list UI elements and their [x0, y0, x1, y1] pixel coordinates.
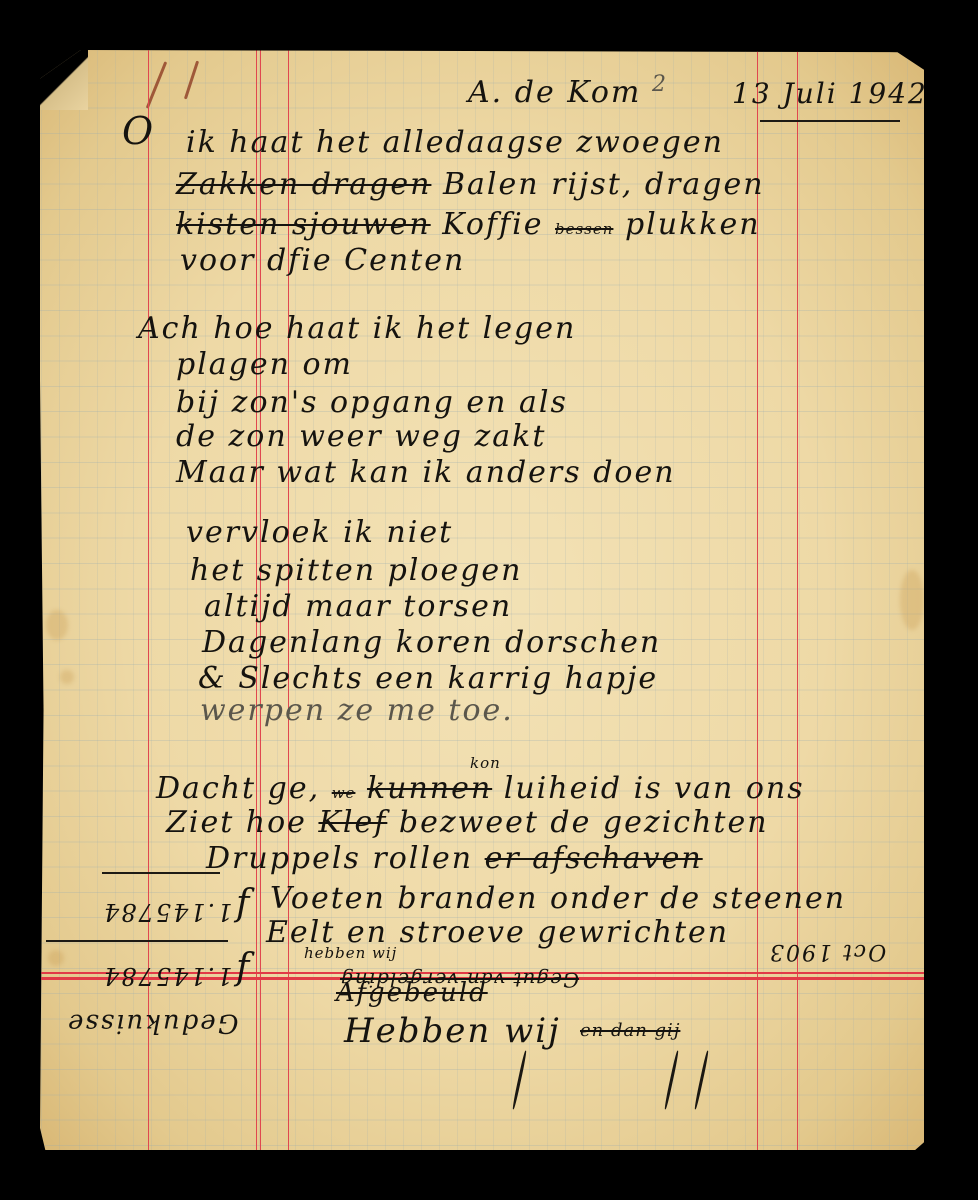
- brace-mark: f: [236, 886, 251, 922]
- struck-text: kunnen: [367, 771, 492, 806]
- page-number: 2: [652, 74, 668, 96]
- manuscript-page: A. de Kom 2 13 Juli 1942 O ik haat het a…: [40, 50, 924, 1150]
- verse-line: Dacht ge,: [156, 771, 320, 806]
- verse-line: & Slechts een karrig hapje: [198, 664, 658, 694]
- verse-line: werpen ze me toe.: [200, 696, 514, 726]
- verse-line: het spitten ploegen: [190, 556, 522, 586]
- struck-text: en dan gij: [580, 1022, 680, 1040]
- verse-line: ik haat het alledaagse zwoegen: [186, 128, 724, 158]
- struck-text: kisten sjouwen: [176, 207, 431, 242]
- inserted-text: hebben wij: [304, 946, 397, 961]
- verse-line: Druppels rollen: [206, 841, 473, 876]
- paper-stain: [900, 570, 924, 630]
- verse-line: altijd maar torsen: [204, 592, 512, 622]
- verse-line: Dagenlang koren dorschen: [202, 628, 661, 658]
- verse-line: Maar wat kan ik anders doen: [176, 458, 676, 488]
- verse-line: Ziet hoe: [166, 805, 307, 840]
- struck-text: Afgebeuld: [336, 980, 488, 1006]
- struck-text: Klef: [318, 805, 387, 840]
- inverted-note: Gedukuisse: [66, 1010, 238, 1036]
- brace-mark: f: [236, 950, 251, 986]
- date-underline: [760, 120, 900, 122]
- paper-stain: [48, 950, 64, 966]
- verse-line: Ach hoe haat ik het legen: [138, 314, 576, 344]
- struck-text: Zakken dragen: [176, 167, 431, 202]
- verse-line: Koffie: [442, 207, 543, 242]
- red-margin-rule: [797, 50, 798, 1150]
- date: 13 Juli 1942: [732, 80, 924, 108]
- verse-line: luiheid is van ons: [504, 771, 805, 806]
- struck-text: we: [332, 784, 356, 802]
- ledger-number: 1.145784: [102, 900, 233, 924]
- verse-line: plagen om: [176, 350, 353, 380]
- ledger-rule: [46, 940, 228, 942]
- verse-line: Balen rijst, dragen: [443, 167, 765, 202]
- margin-mark: O: [122, 112, 155, 150]
- inverted-note: Oct 1903: [768, 940, 886, 962]
- ledger-rule: [102, 872, 220, 874]
- verse-line: de zon weer weg zakt: [176, 422, 546, 452]
- verse-line: plukken: [625, 207, 761, 242]
- struck-text: bessen: [555, 220, 613, 238]
- ledger-number: 1.145784: [102, 964, 233, 988]
- verse-line: Voeten branden onder de steenen: [270, 884, 846, 914]
- verse-line: vervloek ik niet: [186, 518, 453, 548]
- verse-line: bij zon's opgang en als: [176, 388, 568, 418]
- verse-line: Hebben wij: [344, 1014, 561, 1048]
- author-signature: A. de Kom: [468, 78, 641, 108]
- folded-corner: [40, 50, 88, 110]
- paper-stain: [60, 670, 74, 684]
- verse-line: bezweet de gezichten: [399, 805, 769, 840]
- paper-stain: [46, 610, 68, 640]
- inserted-text: kon: [470, 756, 501, 771]
- verse-line: voor dfie Centen: [180, 246, 465, 276]
- struck-text: er afschaven: [485, 841, 703, 876]
